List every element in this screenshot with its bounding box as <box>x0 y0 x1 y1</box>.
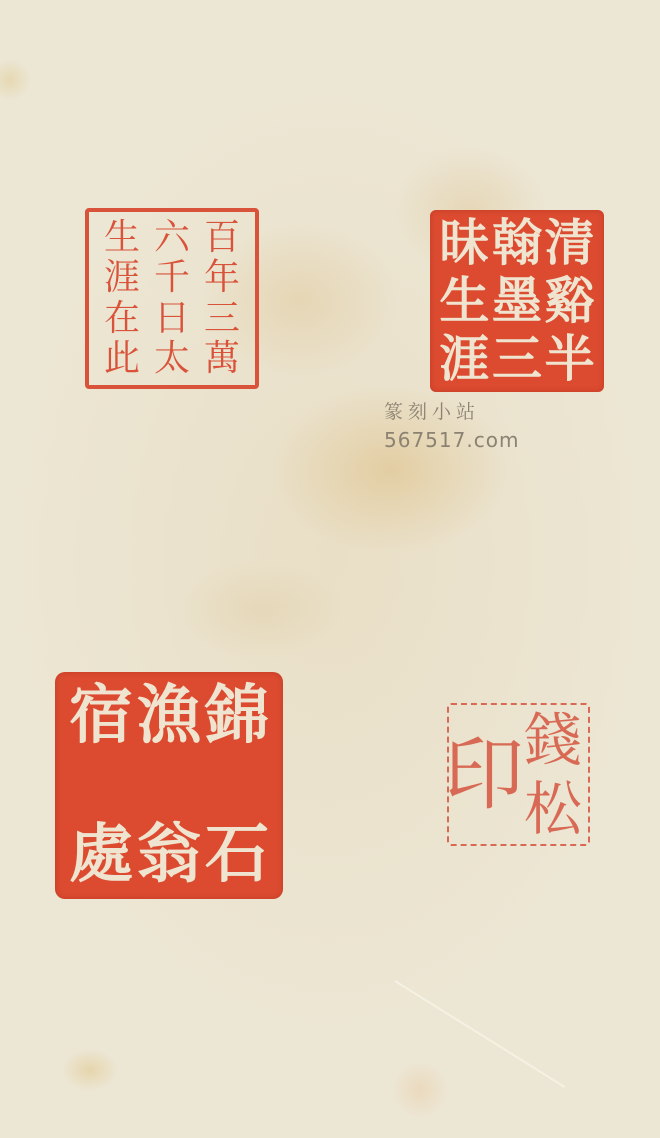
seal-character: 萬 <box>204 341 240 377</box>
seal-column: 清 谿 半 <box>543 218 596 384</box>
seal-character: 印 <box>444 735 524 815</box>
seal-character: 錢 <box>524 711 582 769</box>
seal-character: 谿 <box>545 276 595 326</box>
aged-paper-background <box>0 0 660 1138</box>
seal-character: 宿 <box>69 684 133 748</box>
seal-character: 錦 <box>205 684 269 748</box>
seal-character: 百 <box>204 220 240 256</box>
watermark-title: 篆刻小站 <box>384 397 519 424</box>
seal-column: 錦 石 <box>203 684 271 887</box>
watermark-url: 567517.com <box>384 428 519 452</box>
seal-character: 半 <box>545 334 595 384</box>
seal-character: 涯 <box>104 260 140 296</box>
seal-columns: 錢 松 印 <box>455 711 582 838</box>
seal-character: 千 <box>154 260 190 296</box>
seal-character: 年 <box>204 260 240 296</box>
seal-character: 六 <box>154 220 190 256</box>
seal-character: 三 <box>204 301 240 337</box>
seal-character: 翰 <box>492 218 542 268</box>
seal-top-right: 清 谿 半 翰 墨 三 昧 生 涯 <box>430 210 604 392</box>
seal-column: 六 千 日 太 <box>147 220 197 377</box>
seal-character: 翁 <box>137 823 201 887</box>
seal-character: 在 <box>104 301 140 337</box>
watermark: 篆刻小站 567517.com <box>384 397 519 452</box>
seal-column: 漁 翁 <box>135 684 203 887</box>
seal-bottom-left: 錦 石 漁 翁 宿 處 <box>55 672 283 899</box>
seal-column: 百 年 三 萬 <box>197 220 247 377</box>
seal-character: 涯 <box>439 334 489 384</box>
seal-column: 印 <box>444 711 524 838</box>
seal-columns: 錦 石 漁 翁 宿 處 <box>67 684 271 887</box>
seal-character: 生 <box>439 276 489 326</box>
seal-character: 三 <box>492 334 542 384</box>
seal-column: 昧 生 涯 <box>438 218 491 384</box>
seal-character: 生 <box>104 220 140 256</box>
seal-character: 松 <box>524 780 582 838</box>
seal-character: 石 <box>205 823 269 887</box>
seal-column: 生 涯 在 此 <box>97 220 147 377</box>
seal-column: 錢 松 <box>524 711 582 838</box>
seal-character: 此 <box>104 341 140 377</box>
seal-columns: 百 年 三 萬 六 千 日 太 生 涯 在 此 <box>97 220 247 377</box>
seal-top-left: 百 年 三 萬 六 千 日 太 生 涯 在 此 <box>85 208 259 389</box>
seal-bottom-right: 錢 松 印 <box>447 703 590 846</box>
seal-columns: 清 谿 半 翰 墨 三 昧 生 涯 <box>438 218 596 384</box>
seal-character: 日 <box>154 301 190 337</box>
seal-character: 昧 <box>439 218 489 268</box>
seal-character: 墨 <box>492 276 542 326</box>
seal-character: 清 <box>545 218 595 268</box>
seal-column: 宿 處 <box>67 684 135 887</box>
seal-character: 太 <box>154 341 190 377</box>
seal-character: 處 <box>69 823 133 887</box>
seal-column: 翰 墨 三 <box>491 218 544 384</box>
seal-character: 漁 <box>137 684 201 748</box>
